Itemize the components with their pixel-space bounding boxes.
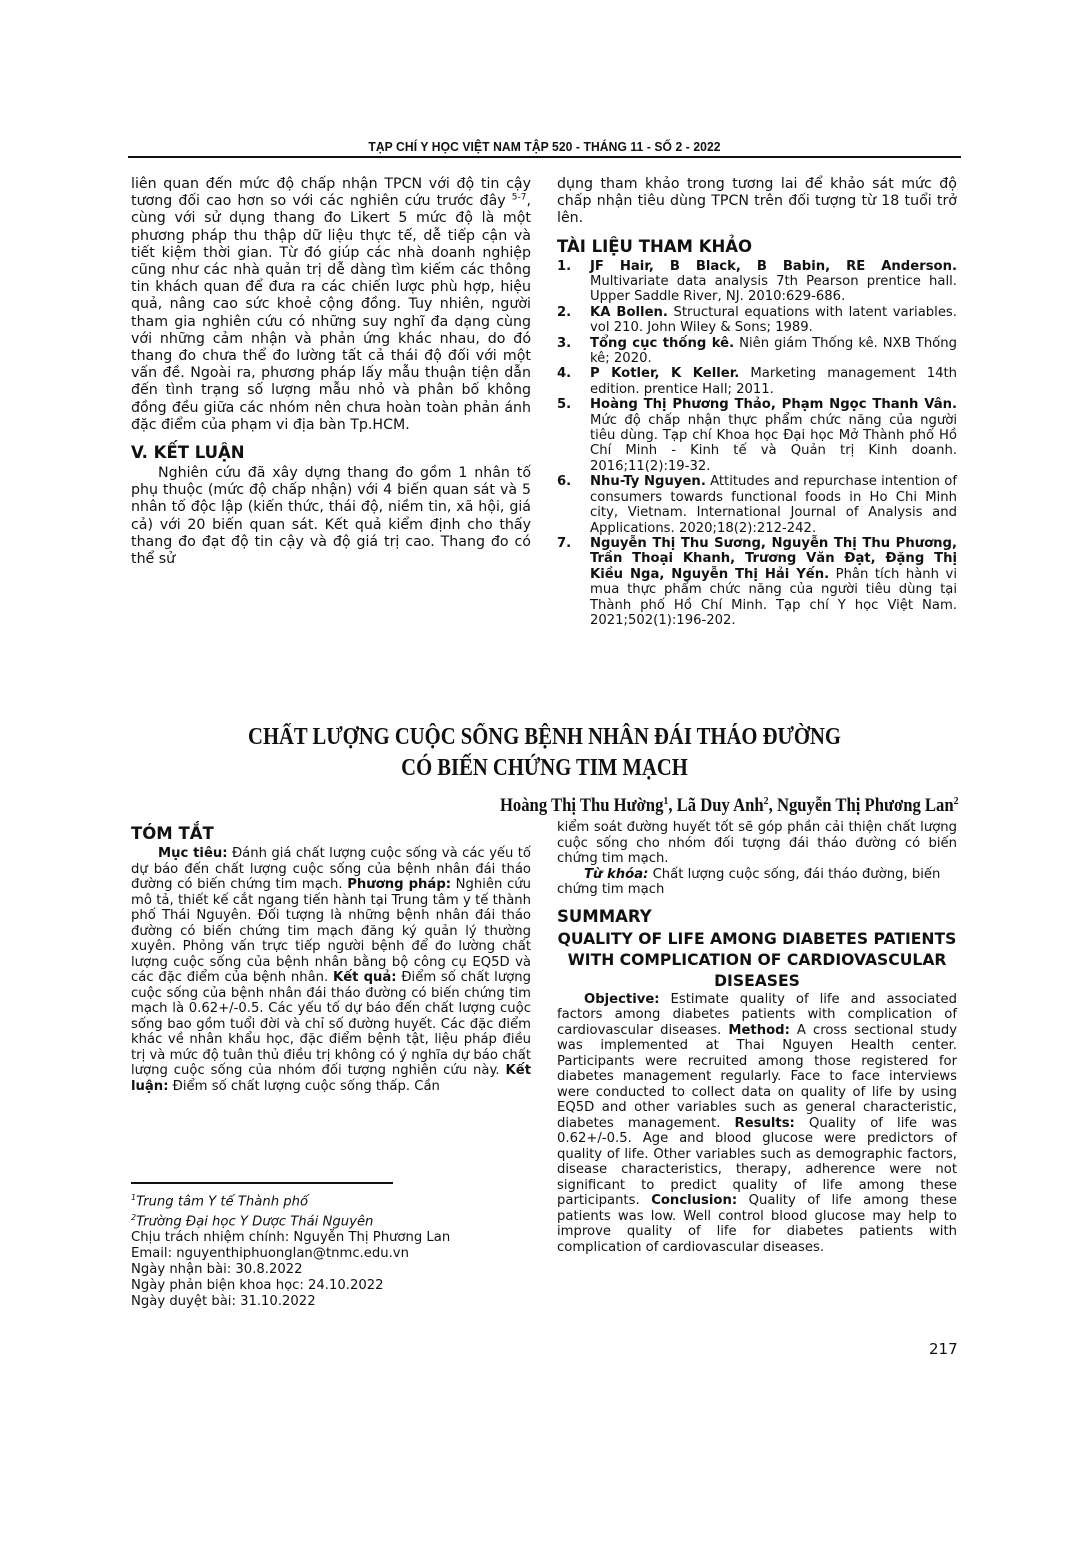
reference-list: 1.JF Hair, B Black, B Babin, RE Anderson… <box>557 259 957 629</box>
author-name: Nguyễn Thị Phương Lan <box>777 796 954 816</box>
reference-item: 4.P Kotler, K Keller. Marketing manageme… <box>557 366 957 397</box>
received-date: Ngày nhận bài: 30.8.2022 <box>131 1262 531 1278</box>
abstract-right-column: kiểm soát đường huyết tốt sẽ góp phần cả… <box>557 820 957 1255</box>
abstract-vi-paragraph: Mục tiêu: Đánh giá chất lượng cuộc sống … <box>131 846 531 1094</box>
running-header: TẠP CHÍ Y HỌC VIỆT NAM TẬP 520 - THÁNG 1… <box>157 139 932 154</box>
email: Email: nguyenthiphuonglan@tnmc.edu.vn <box>131 1246 531 1262</box>
reference-item: 7.Nguyễn Thị Thu Sương, Nguyễn Thị Thu P… <box>557 536 957 628</box>
affiliation-2: 2Trường Đại học Y Dược Thái Nguyên <box>131 1210 531 1230</box>
reference-item: 3.Tổng cục thống kê. Niên giám Thống kê.… <box>557 336 957 367</box>
reference-item: 5.Hoàng Thị Phương Thảo, Phạm Ngọc Thanh… <box>557 397 957 474</box>
page-number: 217 <box>929 1340 958 1358</box>
discussion-paragraph: liên quan đến mức độ chấp nhận TPCN với … <box>131 176 531 434</box>
reference-item: 2.KA Bollen. Structural equations with l… <box>557 305 957 336</box>
author-name: Hoàng Thị Thu Hường <box>500 796 663 816</box>
reference-item: 6.Nhu-Ty Nguyen. Attitudes and repurchas… <box>557 474 957 536</box>
references-heading: TÀI LIỆU THAM KHẢO <box>557 237 957 257</box>
keywords: Từ khóa: Chất lượng cuộc sống, đái tháo … <box>557 867 957 898</box>
prev-article-right-column: dụng tham khảo trong tương lai để khảo s… <box>557 176 957 628</box>
article-title: CHẤT LƯỢNG CUỘC SỐNG BỆNH NHÂN ĐÁI THÁO … <box>186 722 902 784</box>
header-rule <box>128 156 961 158</box>
author-list: Hoàng Thị Thu Hường1, Lã Duy Anh2, Nguyễ… <box>500 790 959 817</box>
footnotes: 1Trung tâm Y tế Thành phố 2Trường Đại họ… <box>131 1190 531 1309</box>
conclusion-paragraph-continued: dụng tham khảo trong tương lai để khảo s… <box>557 176 957 228</box>
affiliation-1: 1Trung tâm Y tế Thành phố <box>131 1190 531 1210</box>
prev-article-left-column: liên quan đến mức độ chấp nhận TPCN với … <box>131 176 531 568</box>
summary-heading: SUMMARY <box>557 907 957 927</box>
summary-title: QUALITY OF LIFE AMONG DIABETES PATIENTS … <box>557 929 957 992</box>
citation-superscript: 5-7 <box>512 192 527 202</box>
abstract-vi-left-column: TÓM TẮT Mục tiêu: Đánh giá chất lượng cu… <box>131 824 531 1094</box>
conclusion-paragraph: Nghiên cứu đã xây dựng thang đo gồm 1 nh… <box>131 465 531 568</box>
abstract-vi-continued: kiểm soát đường huyết tốt sẽ góp phần cả… <box>557 820 957 867</box>
affiliation-marker: 2 <box>954 795 959 807</box>
journal-page: TẠP CHÍ Y HỌC VIỆT NAM TẬP 520 - THÁNG 1… <box>0 0 1090 1541</box>
accepted-date: Ngày duyệt bài: 31.10.2022 <box>131 1294 531 1310</box>
summary-paragraph: Objective: Estimate quality of life and … <box>557 992 957 1256</box>
footnote-rule <box>131 1182 393 1184</box>
corresponding-author: Chịu trách nhiệm chính: Nguyễn Thị Phươn… <box>131 1230 531 1246</box>
reference-item: 1.JF Hair, B Black, B Babin, RE Anderson… <box>557 259 957 305</box>
review-date: Ngày phản biện khoa học: 24.10.2022 <box>131 1278 531 1294</box>
conclusion-heading: V. KẾT LUẬN <box>131 443 531 463</box>
author-name: Lã Duy Anh <box>677 796 764 816</box>
abstract-heading: TÓM TẮT <box>131 824 531 844</box>
